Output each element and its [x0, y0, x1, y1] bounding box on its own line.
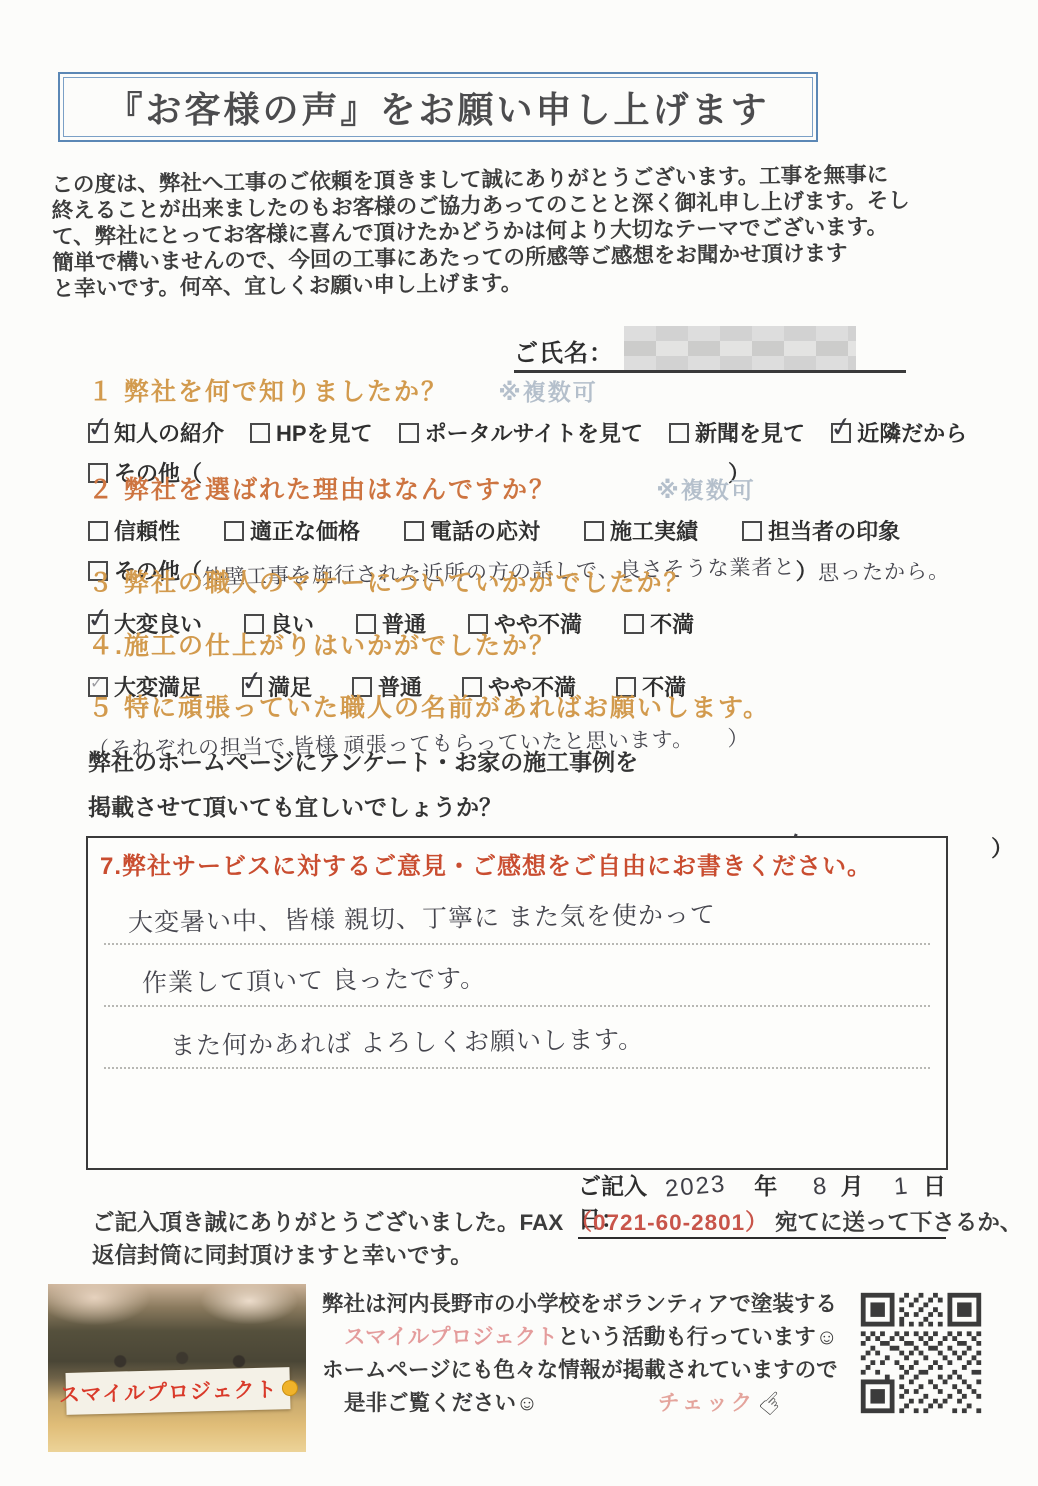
- checkbox-option[interactable]: HPを見て: [250, 417, 373, 448]
- comment-line[interactable]: また何かあれば よろしくお願いします。: [104, 1007, 930, 1069]
- checkbox-label: 信頼性: [114, 515, 180, 546]
- checkbox-label: 新聞を見て: [695, 417, 805, 448]
- q6-line2: 掲載させて頂いても宜しいでしょうか？: [88, 789, 1013, 822]
- checkbox-option[interactable]: 電話の応対: [404, 515, 540, 546]
- checkbox-option[interactable]: 施工実績: [584, 515, 698, 546]
- q2-options: 信頼性 適正な価格 電話の応対 施工実績 担当者の印象: [88, 515, 950, 546]
- checkbox-option[interactable]: 担当者の印象: [742, 515, 900, 546]
- checkbox-label: 近隣だから: [857, 417, 967, 448]
- promo-line1: 弊社は河内長野市の小学校をボランティアで塗装する: [322, 1288, 838, 1321]
- smile-project-photo: スマイルプロジェクト: [48, 1284, 306, 1452]
- promo-highlight: スマイルプロジェクト: [344, 1325, 558, 1349]
- check-label: チェック: [658, 1387, 755, 1420]
- q4-heading: ４.施工の仕上がりはいかがでしたか？: [88, 632, 556, 660]
- fax-number: （0721-60-2801）: [570, 1210, 769, 1235]
- checkbox-label: 適正な価格: [250, 515, 360, 546]
- checkbox-label: 施工実績: [610, 515, 698, 546]
- q3-heading: ３ 弊社の職人のマナーについていかがでしたか？: [88, 569, 690, 597]
- checkbox[interactable]: [88, 423, 108, 443]
- footer-text: ご記入頂き誠にありがとうございました。FAX: [92, 1210, 563, 1235]
- title-box: 『お客様の声』をお願い申し上げます: [58, 72, 818, 142]
- date-year-unit: 年: [754, 1168, 777, 1201]
- checkbox-option[interactable]: 新聞を見て: [669, 417, 805, 448]
- footer-text: 返信封筒に同封頂けますと幸いです。: [92, 1239, 1022, 1272]
- checkbox-option[interactable]: 適正な価格: [224, 515, 360, 546]
- photo-banner: スマイルプロジェクト: [66, 1367, 292, 1415]
- q1-heading: １ 弊社を何で知りましたか？: [88, 378, 448, 406]
- comment-text: 大変暑い中、皆様 親切、丁寧に また気を使かって: [128, 895, 716, 939]
- checkbox[interactable]: [250, 423, 270, 443]
- promo-line3: ホームページにも色々な情報が掲載されていますので: [322, 1354, 838, 1387]
- checkbox-label: 電話の応対: [430, 515, 540, 546]
- promo-line4: 是非ご覧ください☺: [322, 1387, 538, 1420]
- checkbox[interactable]: [404, 521, 424, 541]
- checkbox[interactable]: [399, 423, 419, 443]
- q2-note: ※複数可: [656, 477, 755, 503]
- checkbox-label: 知人の紹介: [114, 417, 224, 448]
- date-day-unit: 日: [923, 1168, 946, 1201]
- q7-heading: 7.弊社サービスに対するご意見・ご感想をご自由にお書きください。: [88, 838, 946, 883]
- promo-text: 弊社は河内長野市の小学校をボランティアで塗装する スマイルプロジェクトという活動…: [322, 1288, 838, 1420]
- q1-options: 知人の紹介 HPを見て ポータルサイトを見て 新聞を見て 近隣だから: [88, 417, 967, 448]
- smiley-icon: [281, 1380, 297, 1396]
- date-month-unit: 月: [841, 1168, 864, 1201]
- checkbox[interactable]: [831, 423, 851, 443]
- comment-box: 7.弊社サービスに対するご意見・ご感想をご自由にお書きください。 大変暑い中、皆…: [86, 836, 948, 1170]
- checkbox[interactable]: [224, 521, 244, 541]
- banner-text: スマイルプロジェクト: [59, 1373, 278, 1409]
- checkbox-label: ポータルサイトを見て: [425, 417, 643, 448]
- q2-heading: ２ 弊社を選ばれた理由はなんですか？: [88, 476, 556, 504]
- checkbox-label: HPを見て: [276, 417, 373, 448]
- date-day-value: 1: [892, 1172, 910, 1201]
- redacted-name: [624, 326, 856, 370]
- date-month-value: 8: [812, 1172, 830, 1201]
- comment-text: 作業して頂いて 良ったです。: [142, 959, 486, 1000]
- customer-survey-scan: 『お客様の声』をお願い申し上げます この度は、弊社へ工事のご依頼を頂きまして誠に…: [0, 0, 1038, 1486]
- comment-line[interactable]: 作業して頂いて 良ったです。: [104, 945, 930, 1007]
- qr-code: [856, 1288, 986, 1418]
- page-title: 『お客様の声』をお願い申し上げます: [106, 82, 769, 133]
- checkbox-option[interactable]: 近隣だから: [831, 417, 967, 448]
- comment-text: また何かあれば よろしくお願いします。: [170, 1020, 644, 1063]
- footer-text: 宛てに送って下さるか、: [775, 1210, 1023, 1235]
- pointing-hand-icon: ☞: [752, 1382, 794, 1424]
- footer-note: ご記入頂き誠にありがとうございました。FAX （0721-60-2801） 宛て…: [92, 1206, 1022, 1272]
- checkbox[interactable]: [584, 521, 604, 541]
- checkbox[interactable]: [742, 521, 762, 541]
- name-label: ご氏名：: [514, 333, 614, 368]
- close-paren: ）: [991, 832, 1013, 863]
- name-field: ご氏名：: [514, 326, 906, 373]
- q1-note: ※複数可: [498, 379, 597, 405]
- comment-line[interactable]: 大変暑い中、皆様 親切、丁寧に また気を使かって: [104, 883, 930, 945]
- date-year-value: 2023: [664, 1170, 728, 1203]
- checkbox-option[interactable]: 信頼性: [88, 515, 180, 546]
- intro-paragraph: この度は、弊社へ工事のご依頼を頂きまして誠にありがとうございます。工事を無事に …: [51, 160, 1013, 302]
- q6-line1: 弊社のホームページにアンケート・お家の施工事例を: [88, 744, 1013, 777]
- checkbox-option[interactable]: ポータルサイトを見て: [399, 417, 643, 448]
- q2-other-close: ）: [796, 555, 818, 586]
- q5-heading: ５ 特に頑張っていた職人の名前があればお願いします。: [88, 694, 770, 722]
- promo-line2: という活動も行っています☺: [558, 1325, 838, 1349]
- checkbox-label: 担当者の印象: [768, 515, 900, 546]
- checkbox-option[interactable]: 知人の紹介: [88, 417, 224, 448]
- q2-other-answer-tail: 思ったから。: [817, 554, 950, 586]
- checkbox[interactable]: [88, 521, 108, 541]
- checkbox[interactable]: [669, 423, 689, 443]
